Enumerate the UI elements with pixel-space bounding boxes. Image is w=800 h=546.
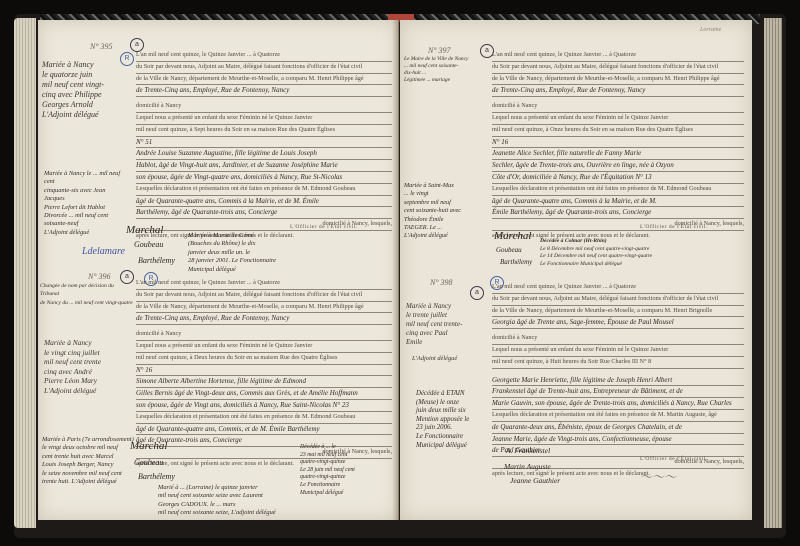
bottom-marriage-note: Marié à ... (Lorraine) le quinze janvier… — [158, 484, 318, 518]
margin-note-marriage: Mariée à Nancy le vingt cinq juillet mil… — [44, 338, 130, 396]
right-page-stack — [764, 18, 782, 528]
left-page-stack — [14, 18, 36, 528]
signature-goubeau: Goubeau — [496, 246, 522, 254]
signature-barthelemy: Barthélemy — [500, 258, 532, 266]
act-number: N° 398 — [430, 278, 453, 287]
stamp-r: R — [120, 52, 134, 66]
birth-act-396: L'an mil neuf cent quinze, le Quinze Jan… — [136, 278, 392, 470]
signature-witness-2: Jeanne Gauthier — [510, 476, 560, 485]
signature-marchal: Marchal — [126, 224, 163, 236]
signature-witness-1: Martin Auguste — [504, 462, 551, 471]
signature-marchal: Marchal — [130, 440, 167, 452]
margin-note-marriage: Mariée à Saint-Max ... le vingt septembr… — [404, 182, 490, 241]
act-number: N° 396 — [88, 272, 111, 281]
officer-label: L'Officier de l'État civil. — [640, 224, 708, 230]
margin-note-marriage: Mariée à Nancy le trente juillet mil neu… — [406, 302, 492, 347]
margin-note-paris: Mariée à Paris (7e arrondissement) le vi… — [42, 436, 140, 486]
officer-label: L'Officier de l'État civil. — [640, 456, 708, 462]
margin-note-legitimation: Le Maire de la Ville de Nancy ... mil ne… — [404, 56, 488, 84]
margin-adjoint: L'Adjoint délégué — [412, 354, 492, 363]
birth-act-397: L'an mil neuf cent quinze, le Quinze Jan… — [492, 50, 744, 242]
left-page: N° 395 a R Mariée à Nancy le quatorze ju… — [38, 20, 399, 520]
blue-signature: Ldelamare — [82, 246, 125, 257]
death-annotation: Mariée à Marseille Gémé (Bouches du Rhôn… — [188, 232, 338, 274]
signature-declarant: A. Frankenstel — [506, 446, 550, 455]
stamp-a: a — [470, 286, 484, 300]
margin-note-marriage: Mariée à Nancy le quatorze juin mil neuf… — [42, 60, 122, 120]
act-number: N° 397 — [428, 46, 451, 55]
signature-goubeau: Goubeau — [134, 458, 163, 467]
signature-goubeau: Goubeau — [134, 240, 163, 249]
margin-note-name-change: Changée de nom par décision du Tribunal … — [40, 282, 134, 307]
margin-note-2: Mariée à Nancy le ... mil neuf cent cinq… — [44, 170, 126, 237]
signature-barthelemy: Barthélemy — [138, 472, 175, 481]
birth-act-395: L'an mil neuf cent quinze, le Quinze Jan… — [136, 50, 392, 242]
act-number: N° 395 — [90, 42, 113, 51]
signature-barthelemy: Barthélemy — [138, 256, 175, 265]
corner-note: Lorraine — [700, 26, 721, 34]
officer-signature: 〜〜〜 — [640, 468, 676, 485]
right-page: Lorraine N° 397 a Le Maire de la Ville d… — [400, 20, 752, 520]
officer-label: L'Officier de l'État civil. — [290, 224, 358, 230]
death-annotation: Décédée à Colmar (Ht-Rhin) Le 8 Décembre… — [540, 238, 690, 268]
death-annotation: Décédée à ETAIN (Meuse) le onze juin deu… — [416, 390, 494, 450]
signature-marchal: Marchal — [494, 230, 531, 242]
